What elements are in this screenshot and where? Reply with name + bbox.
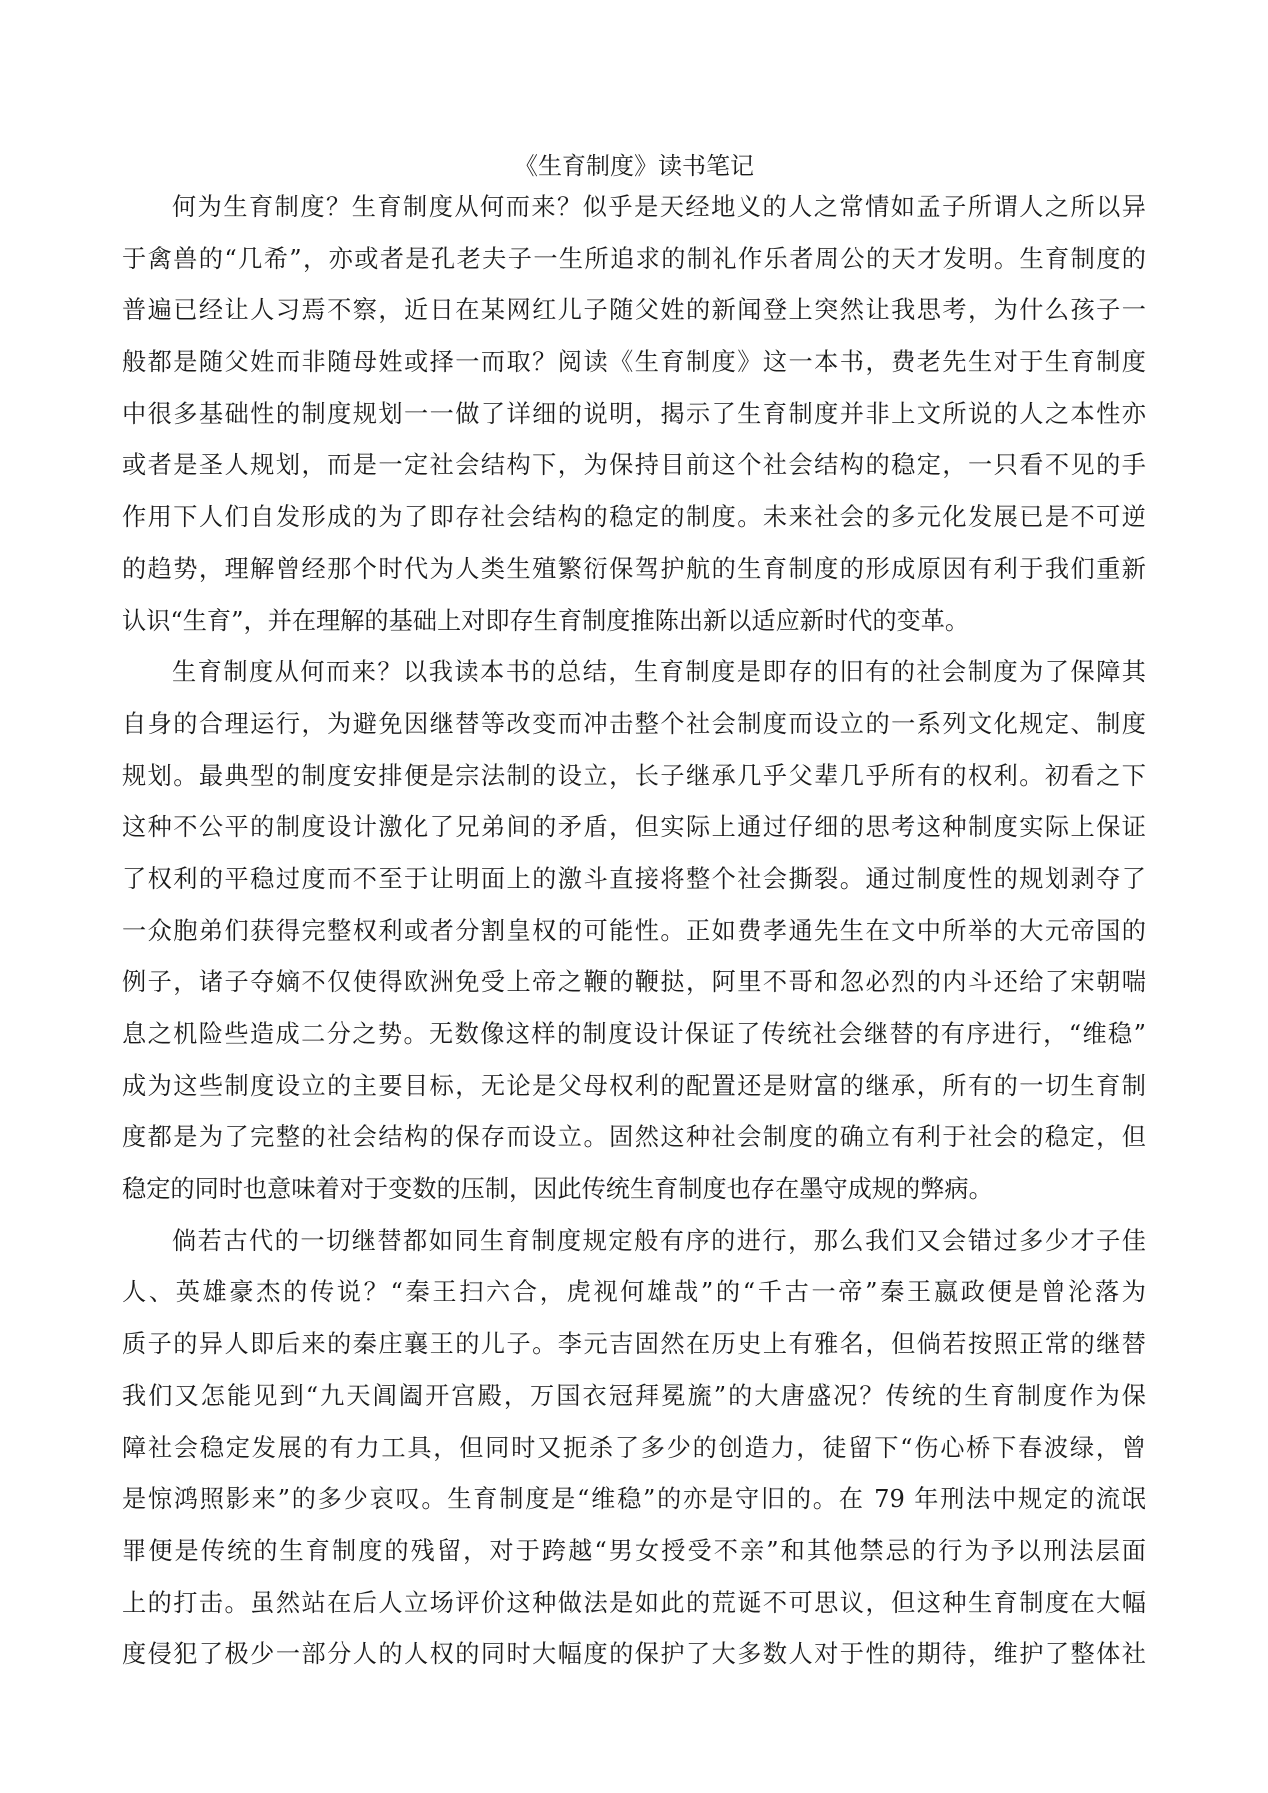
text-line: 了权利的平稳过度而不至于让明面上的激斗直接将整个社会撕裂。通过制度性的规划剥夺了 — [122, 864, 1146, 916]
text-line: 规划。最典型的制度安排便是宗法制的设立，长子继承几乎父辈几乎所有的权利。初看之下 — [122, 761, 1146, 813]
paragraph-3: 倘若古代的一切继替都如同生育制度规定般有序的进行，那么我们又会错过多少才子佳 人… — [122, 1226, 1146, 1691]
text-line: 何为生育制度？生育制度从何而来？似乎是天经地义的人之常情如孟子所谓人之所以异 — [122, 192, 1146, 244]
text-line: 障社会稳定发展的有力工具，但同时又扼杀了多少的创造力，徒留下“伤心桥下春波绿，曾 — [122, 1433, 1146, 1485]
text-line: 作用下人们自发形成的为了即存社会结构的稳定的制度。未来社会的多元化发展已是不可逆 — [122, 502, 1146, 554]
document-page: 《生育制度》读书笔记 何为生育制度？生育制度从何而来？似乎是天经地义的人之常情如… — [0, 0, 1268, 1793]
text-line: 例子，诸子夺嫡不仅使得欧洲免受上帝之鞭的鞭挞，阿里不哥和忽必烈的内斗还给了宋朝喘 — [122, 967, 1146, 1019]
text-line: 上的打击。虽然站在后人立场评价这种做法是如此的荒诞不可思议，但这种生育制度在大幅 — [122, 1588, 1146, 1640]
text-line: 倘若古代的一切继替都如同生育制度规定般有序的进行，那么我们又会错过多少才子佳 — [122, 1226, 1146, 1278]
text-line: 一众胞弟们获得完整权利或者分割皇权的可能性。正如费孝通先生在文中所举的大元帝国的 — [122, 916, 1146, 968]
document-body: 何为生育制度？生育制度从何而来？似乎是天经地义的人之常情如孟子所谓人之所以异 于… — [122, 192, 1146, 1691]
text-line: 我们又怎能见到“九天阊阖开宫殿，万国衣冠拜冕旒”的大唐盛况？传统的生育制度作为保 — [122, 1381, 1146, 1433]
text-line: 中很多基础性的制度规划一一做了详细的说明，揭示了生育制度并非上文所说的人之本性亦 — [122, 399, 1146, 451]
text-line: 般都是随父姓而非随母姓或择一而取？阅读《生育制度》这一本书，费老先生对于生育制度 — [122, 347, 1146, 399]
text-line: 这种不公平的制度设计激化了兄弟间的矛盾，但实际上通过仔细的思考这种制度实际上保证 — [122, 812, 1146, 864]
text-line: 认识“生育”，并在理解的基础上对即存生育制度推陈出新以适应新时代的变革。 — [122, 606, 1146, 658]
text-line: 是惊鸿照影来”的多少哀叹。生育制度是“维稳”的亦是守旧的。在 79 年刑法中规定… — [122, 1484, 1146, 1536]
text-line: 成为这些制度设立的主要目标，无论是父母权利的配置还是财富的继承，所有的一切生育制 — [122, 1071, 1146, 1123]
text-line: 的趋势，理解曾经那个时代为人类生殖繁衍保驾护航的生育制度的形成原因有利于我们重新 — [122, 554, 1146, 606]
paragraph-1: 何为生育制度？生育制度从何而来？似乎是天经地义的人之常情如孟子所谓人之所以异 于… — [122, 192, 1146, 657]
text-line: 普遍已经让人习焉不察，近日在某网红儿子随父姓的新闻登上突然让我思考，为什么孩子一 — [122, 295, 1146, 347]
text-line: 度都是为了完整的社会结构的保存而设立。固然这种社会制度的确立有利于社会的稳定，但 — [122, 1122, 1146, 1174]
text-line: 息之机险些造成二分之势。无数像这样的制度设计保证了传统社会继替的有序进行，“维稳… — [122, 1019, 1146, 1071]
text-line: 稳定的同时也意味着对于变数的压制，因此传统生育制度也存在墨守成规的弊病。 — [122, 1174, 1146, 1226]
paragraph-2: 生育制度从何而来？以我读本书的总结，生育制度是即存的旧有的社会制度为了保障其 自… — [122, 657, 1146, 1226]
text-line: 质子的异人即后来的秦庄襄王的儿子。李元吉固然在历史上有雅名，但倘若按照正常的继替 — [122, 1329, 1146, 1381]
text-line: 人、英雄豪杰的传说？“秦王扫六合，虎视何雄哉”的“千古一帝”秦王嬴政便是曾沦落为 — [122, 1277, 1146, 1329]
text-line: 自身的合理运行，为避免因继替等改变而冲击整个社会制度而设立的一系列文化规定、制度 — [122, 709, 1146, 761]
document-title: 《生育制度》读书笔记 — [0, 150, 1268, 182]
text-line: 生育制度从何而来？以我读本书的总结，生育制度是即存的旧有的社会制度为了保障其 — [122, 657, 1146, 709]
text-line: 度侵犯了极少一部分人的人权的同时大幅度的保护了大多数人对于性的期待，维护了整体社 — [122, 1639, 1146, 1691]
text-line: 罪便是传统的生育制度的残留，对于跨越“男女授受不亲”和其他禁忌的行为予以刑法层面 — [122, 1536, 1146, 1588]
text-line: 或者是圣人规划，而是一定社会结构下，为保持目前这个社会结构的稳定，一只看不见的手 — [122, 450, 1146, 502]
text-line: 于禽兽的“几希”，亦或者是孔老夫子一生所追求的制礼作乐者周公的天才发明。生育制度… — [122, 244, 1146, 296]
